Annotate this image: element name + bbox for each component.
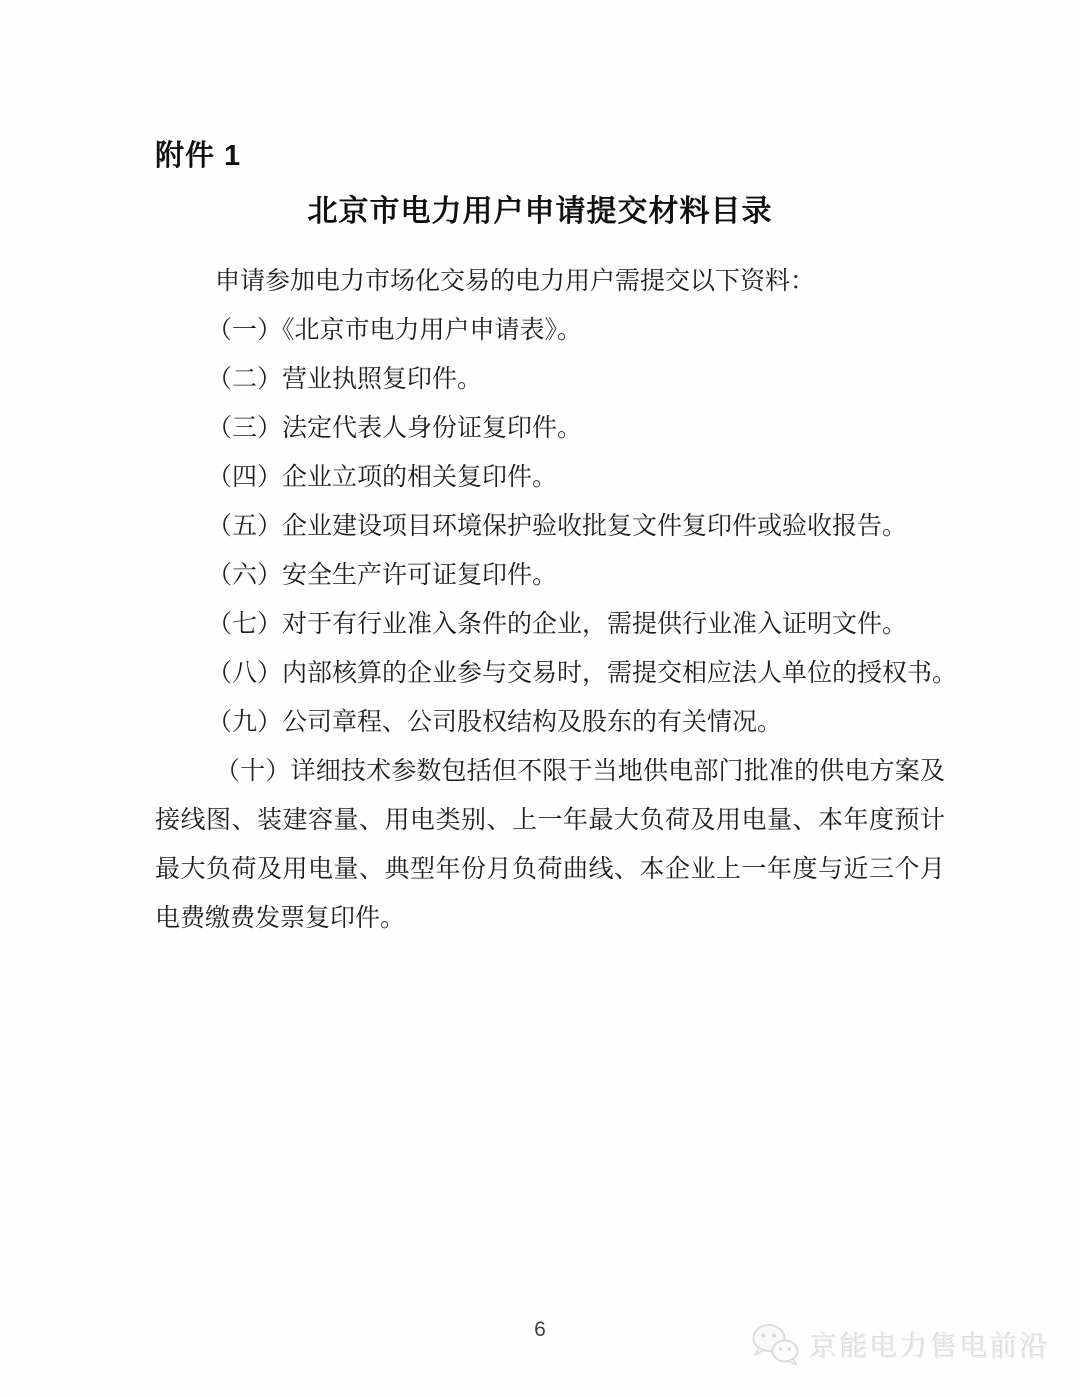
intro-paragraph: 申请参加电力市场化交易的电力用户需提交以下资料：: [155, 257, 945, 306]
page-title: 北京市电力用户申请提交材料目录: [0, 186, 1080, 230]
list-item: （五）企业建设项目环境保护验收批复文件复印件或验收报告。: [155, 502, 945, 551]
list-item: （二）营业执照复印件。: [155, 355, 945, 404]
list-item: （三）法定代表人身份证复印件。: [155, 404, 945, 453]
document-body: 申请参加电力市场化交易的电力用户需提交以下资料： （一）《北京市电力用户申请表》…: [155, 257, 945, 943]
closing-paragraph: （十）详细技术参数包括但不限于当地供电部门批准的供电方案及接线图、装建容量、用电…: [155, 747, 945, 943]
document-page: 附件 1 北京市电力用户申请提交材料目录 申请参加电力市场化交易的电力用户需提交…: [0, 0, 1080, 1397]
wechat-watermark: 京能电力售电前沿: [750, 1322, 1050, 1368]
list-item: （九）公司章程、公司股权结构及股东的有关情况。: [155, 698, 945, 747]
watermark-text: 京能电力售电前沿: [810, 1325, 1050, 1365]
wechat-icon: [750, 1322, 802, 1368]
attachment-label: 附件 1: [155, 133, 241, 174]
list-item: （六）安全生产许可证复印件。: [155, 551, 945, 600]
list-item: （八）内部核算的企业参与交易时，需提交相应法人单位的授权书。: [155, 649, 945, 698]
list-item: （四）企业立项的相关复印件。: [155, 453, 945, 502]
list-item: （一）《北京市电力用户申请表》。: [155, 306, 945, 355]
list-item: （七）对于有行业准入条件的企业，需提供行业准入证明文件。: [155, 600, 945, 649]
materials-list: （一）《北京市电力用户申请表》。 （二）营业执照复印件。 （三）法定代表人身份证…: [155, 306, 945, 747]
